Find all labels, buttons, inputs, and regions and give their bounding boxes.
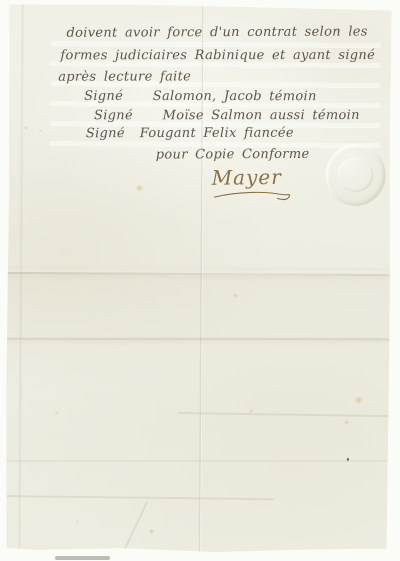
horizontal-crease	[179, 412, 390, 417]
embossed-seal-icon	[325, 144, 385, 206]
foxing-stain	[148, 529, 154, 534]
foxing-stain	[54, 411, 59, 415]
embossed-seal-motif	[338, 158, 374, 192]
foxing-stain	[136, 185, 144, 192]
letter-text: doivent avoir force d'un contrat selon l…	[9, 4, 392, 6]
certification-line: pour Copie Conforme	[156, 147, 310, 163]
foxing-stain	[76, 519, 80, 523]
manuscript-page: doivent avoir force d'un contrat selon l…	[5, 4, 391, 554]
horizontal-crease	[6, 495, 274, 500]
foxing-stain	[39, 129, 42, 132]
signature-mayer: Mayer	[211, 165, 281, 190]
horizontal-crease	[6, 460, 389, 462]
fold-shading-band	[7, 266, 390, 342]
diagonal-crease	[121, 502, 148, 555]
manuscript-line-signe-witness: Signé Salomon, Jacob témoin	[84, 89, 317, 104]
manuscript-line-signe-fiancee: Signé Fougant Felix fiancée	[86, 126, 294, 142]
manuscript-line: formes judiciaires Rabinique et ayant si…	[60, 48, 375, 63]
backdrop-shadow	[55, 556, 110, 560]
signature-flourish-underline	[211, 189, 295, 202]
manuscript-line-signe-witness: Signé Moïse Salmon aussi témoin	[94, 108, 360, 123]
foxing-stain	[249, 409, 253, 413]
vertical-fold-line	[198, 5, 204, 553]
horizontal-fold-line	[7, 272, 390, 276]
foxing-stain	[233, 293, 238, 298]
left-margin-crease	[18, 4, 23, 552]
ink-speck	[347, 458, 349, 461]
horizontal-fold-line	[7, 338, 390, 340]
foxing-stain	[24, 126, 28, 130]
foxing-stain	[344, 420, 349, 425]
manuscript-line: doivent avoir force d'un contrat selon l…	[66, 24, 367, 40]
manuscript-line: après lecture faite	[58, 69, 191, 84]
scan-background: doivent avoir force d'un contrat selon l…	[0, 0, 400, 561]
foxing-stain	[354, 396, 363, 404]
